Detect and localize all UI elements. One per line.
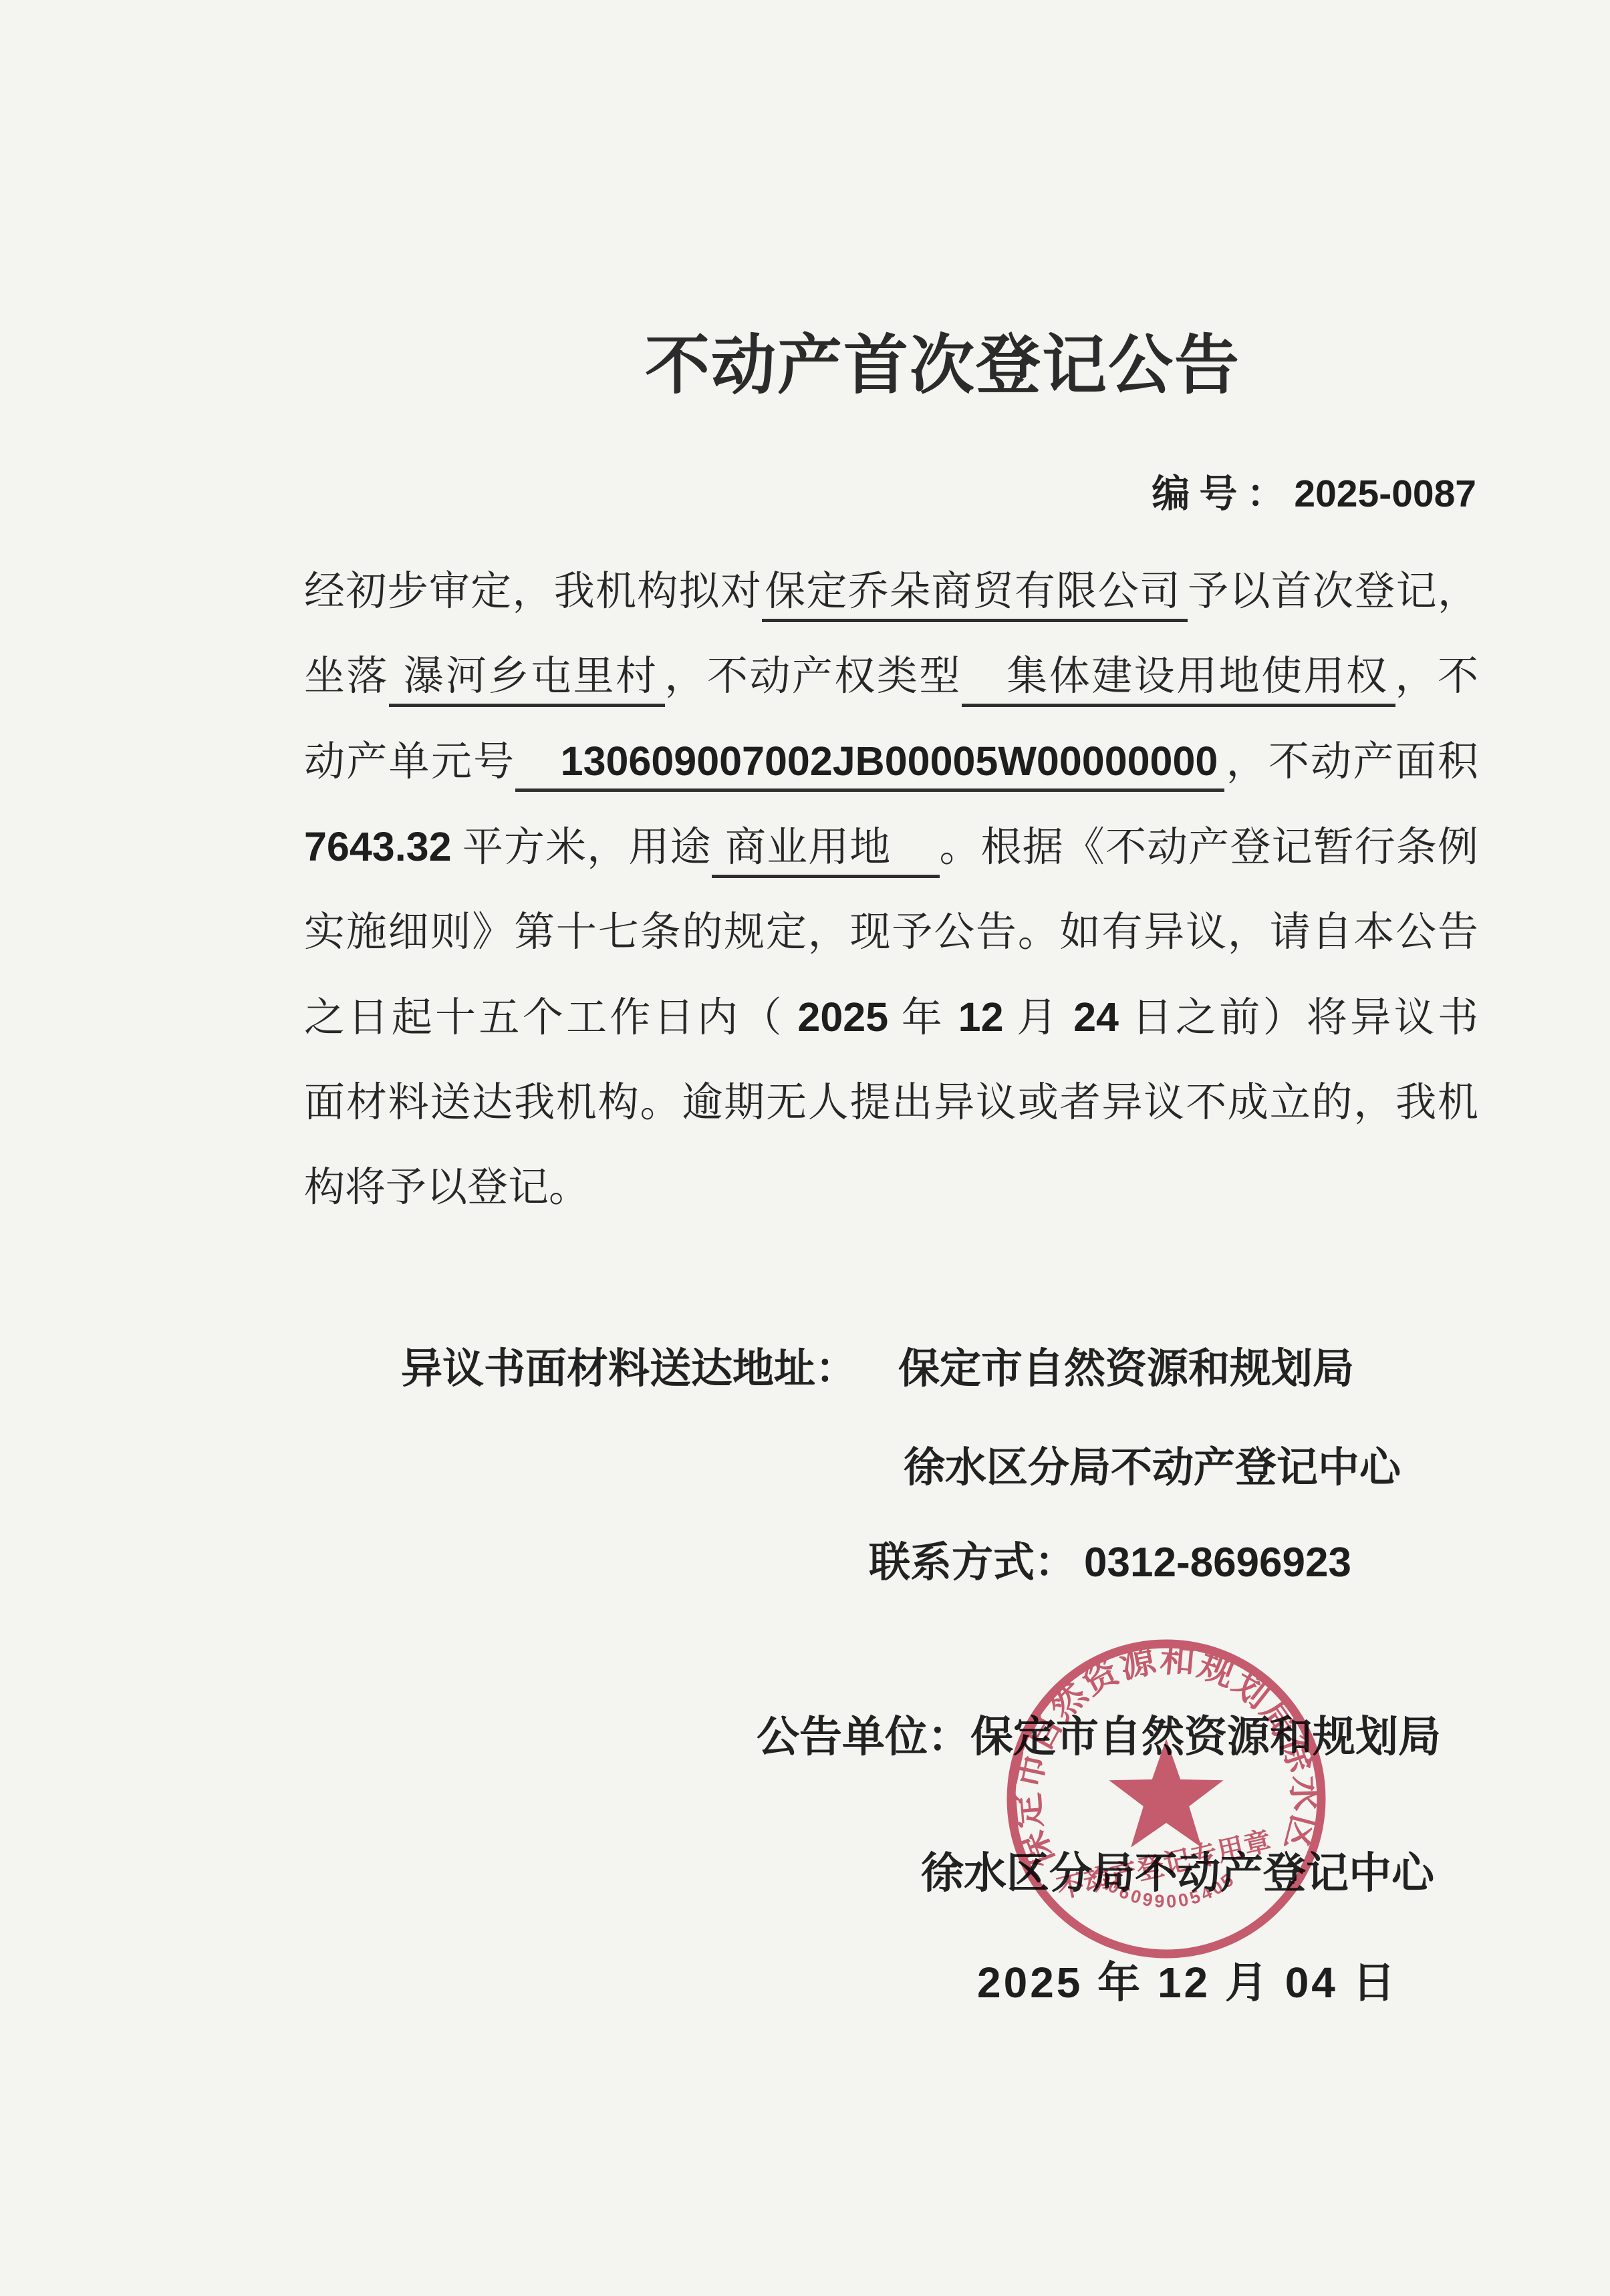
text-segment: 保定乔朵商贸有限公司	[762, 569, 1188, 622]
text-segment: 日之前）将异议书	[1119, 996, 1478, 1040]
contact-number: 0312-8696923	[1084, 1540, 1351, 1586]
announcement-paragraph: 经初步审定，我机构拟对保定乔朵商贸有限公司予以首次登记， 坐落 瀑河乡屯里村，不…	[304, 549, 1478, 1230]
text-segment: 动产单元号	[304, 740, 515, 784]
text-segment: 瀑河乡屯里村	[389, 654, 665, 707]
body-line: 经初步审定，我机构拟对保定乔朵商贸有限公司予以首次登记，	[304, 549, 1478, 634]
body-line: 实施细则》第十七条的规定，现予公告。如有异议，请自本公告	[304, 890, 1478, 975]
text-segment: 130609007002JB00005W00000000	[515, 738, 1224, 792]
text-segment: 年	[888, 996, 958, 1040]
contact-label: 联系方式：	[869, 1540, 1076, 1586]
text-segment: 7643.32	[304, 824, 452, 869]
body-line: 面材料送达我机构。逾期无人提出异议或者异议不成立的，我机	[304, 1060, 1478, 1145]
text-segment: 2025	[797, 994, 888, 1040]
doc-number: 编号：2025-0087	[1152, 463, 1476, 518]
text-segment: 面材料送达我机构。逾期无人提出异议或者异议不成立的，我机	[304, 1081, 1478, 1125]
body-line: 之日起十五个工作日内（ 2025 年 12 月 24 日之前）将异议书	[304, 975, 1478, 1060]
issuing-unit-label: 公告单位：	[757, 1713, 970, 1761]
body-line: 动产单元号 130609007002JB00005W00000000，不动产面积	[304, 719, 1478, 805]
text-segment: ，不	[1395, 654, 1478, 699]
text-segment: 之日起十五个工作日内（	[304, 996, 797, 1040]
text-segment: 12	[958, 994, 1004, 1040]
body-line: 坐落 瀑河乡屯里村，不动产权类型 集体建设用地使用权，不	[304, 634, 1478, 719]
text-segment: 予以首次登记，	[1188, 569, 1478, 614]
text-segment: 24	[1073, 994, 1119, 1040]
official-stamp: 保定市自然资源和规划局徐水区分局 不动产登记专用章 1306099005405	[999, 1632, 1333, 1966]
contact-line: 联系方式：0312-8696923	[869, 1529, 1351, 1588]
address-value-1: 保定市自然资源和规划局	[898, 1346, 1354, 1392]
text-segment: 商业用地	[712, 825, 940, 878]
text-segment: 集体建设用地使用权	[962, 654, 1395, 707]
address-line-1: 异议书面材料送达地址：保定市自然资源和规划局	[401, 1335, 1354, 1395]
text-segment: 月	[1004, 996, 1074, 1040]
stamp-star-icon	[1109, 1739, 1223, 1848]
scanned-document-page: 不动产首次登记公告 编号：2025-0087 经初步审定，我机构拟对保定乔朵商贸…	[0, 0, 1610, 2296]
text-segment: 构将予以登记。	[304, 1165, 589, 1210]
text-segment: 经初步审定，我机构拟对	[304, 569, 762, 614]
text-segment: 。根据《不动产登记暂行条例	[940, 825, 1478, 870]
body-line: 7643.32 平方米，用途 商业用地 。根据《不动产登记暂行条例	[304, 805, 1478, 890]
stamp-graphics: 保定市自然资源和规划局徐水区分局 不动产登记专用章 1306099005405	[999, 1632, 1325, 1954]
doc-number-value: 2025-0087	[1294, 472, 1476, 515]
text-segment: ，不动产面积	[1224, 740, 1478, 784]
text-segment: 实施细则》第十七条的规定，现予公告。如有异议，请自本公告	[304, 910, 1478, 955]
text-segment: ，不动产权类型	[665, 654, 962, 699]
text-segment: 平方米，用途	[452, 825, 712, 870]
text-segment: 日	[1338, 1959, 1398, 2007]
address-label: 异议书面材料送达地址：	[401, 1346, 857, 1392]
page-title: 不动产首次登记公告	[645, 313, 1240, 406]
doc-number-label: 编号：	[1152, 472, 1294, 515]
text-segment: 坐落	[304, 654, 389, 699]
address-line-2: 徐水区分局不动产登记中心	[904, 1434, 1401, 1493]
body-line: 构将予以登记。	[304, 1145, 1478, 1230]
